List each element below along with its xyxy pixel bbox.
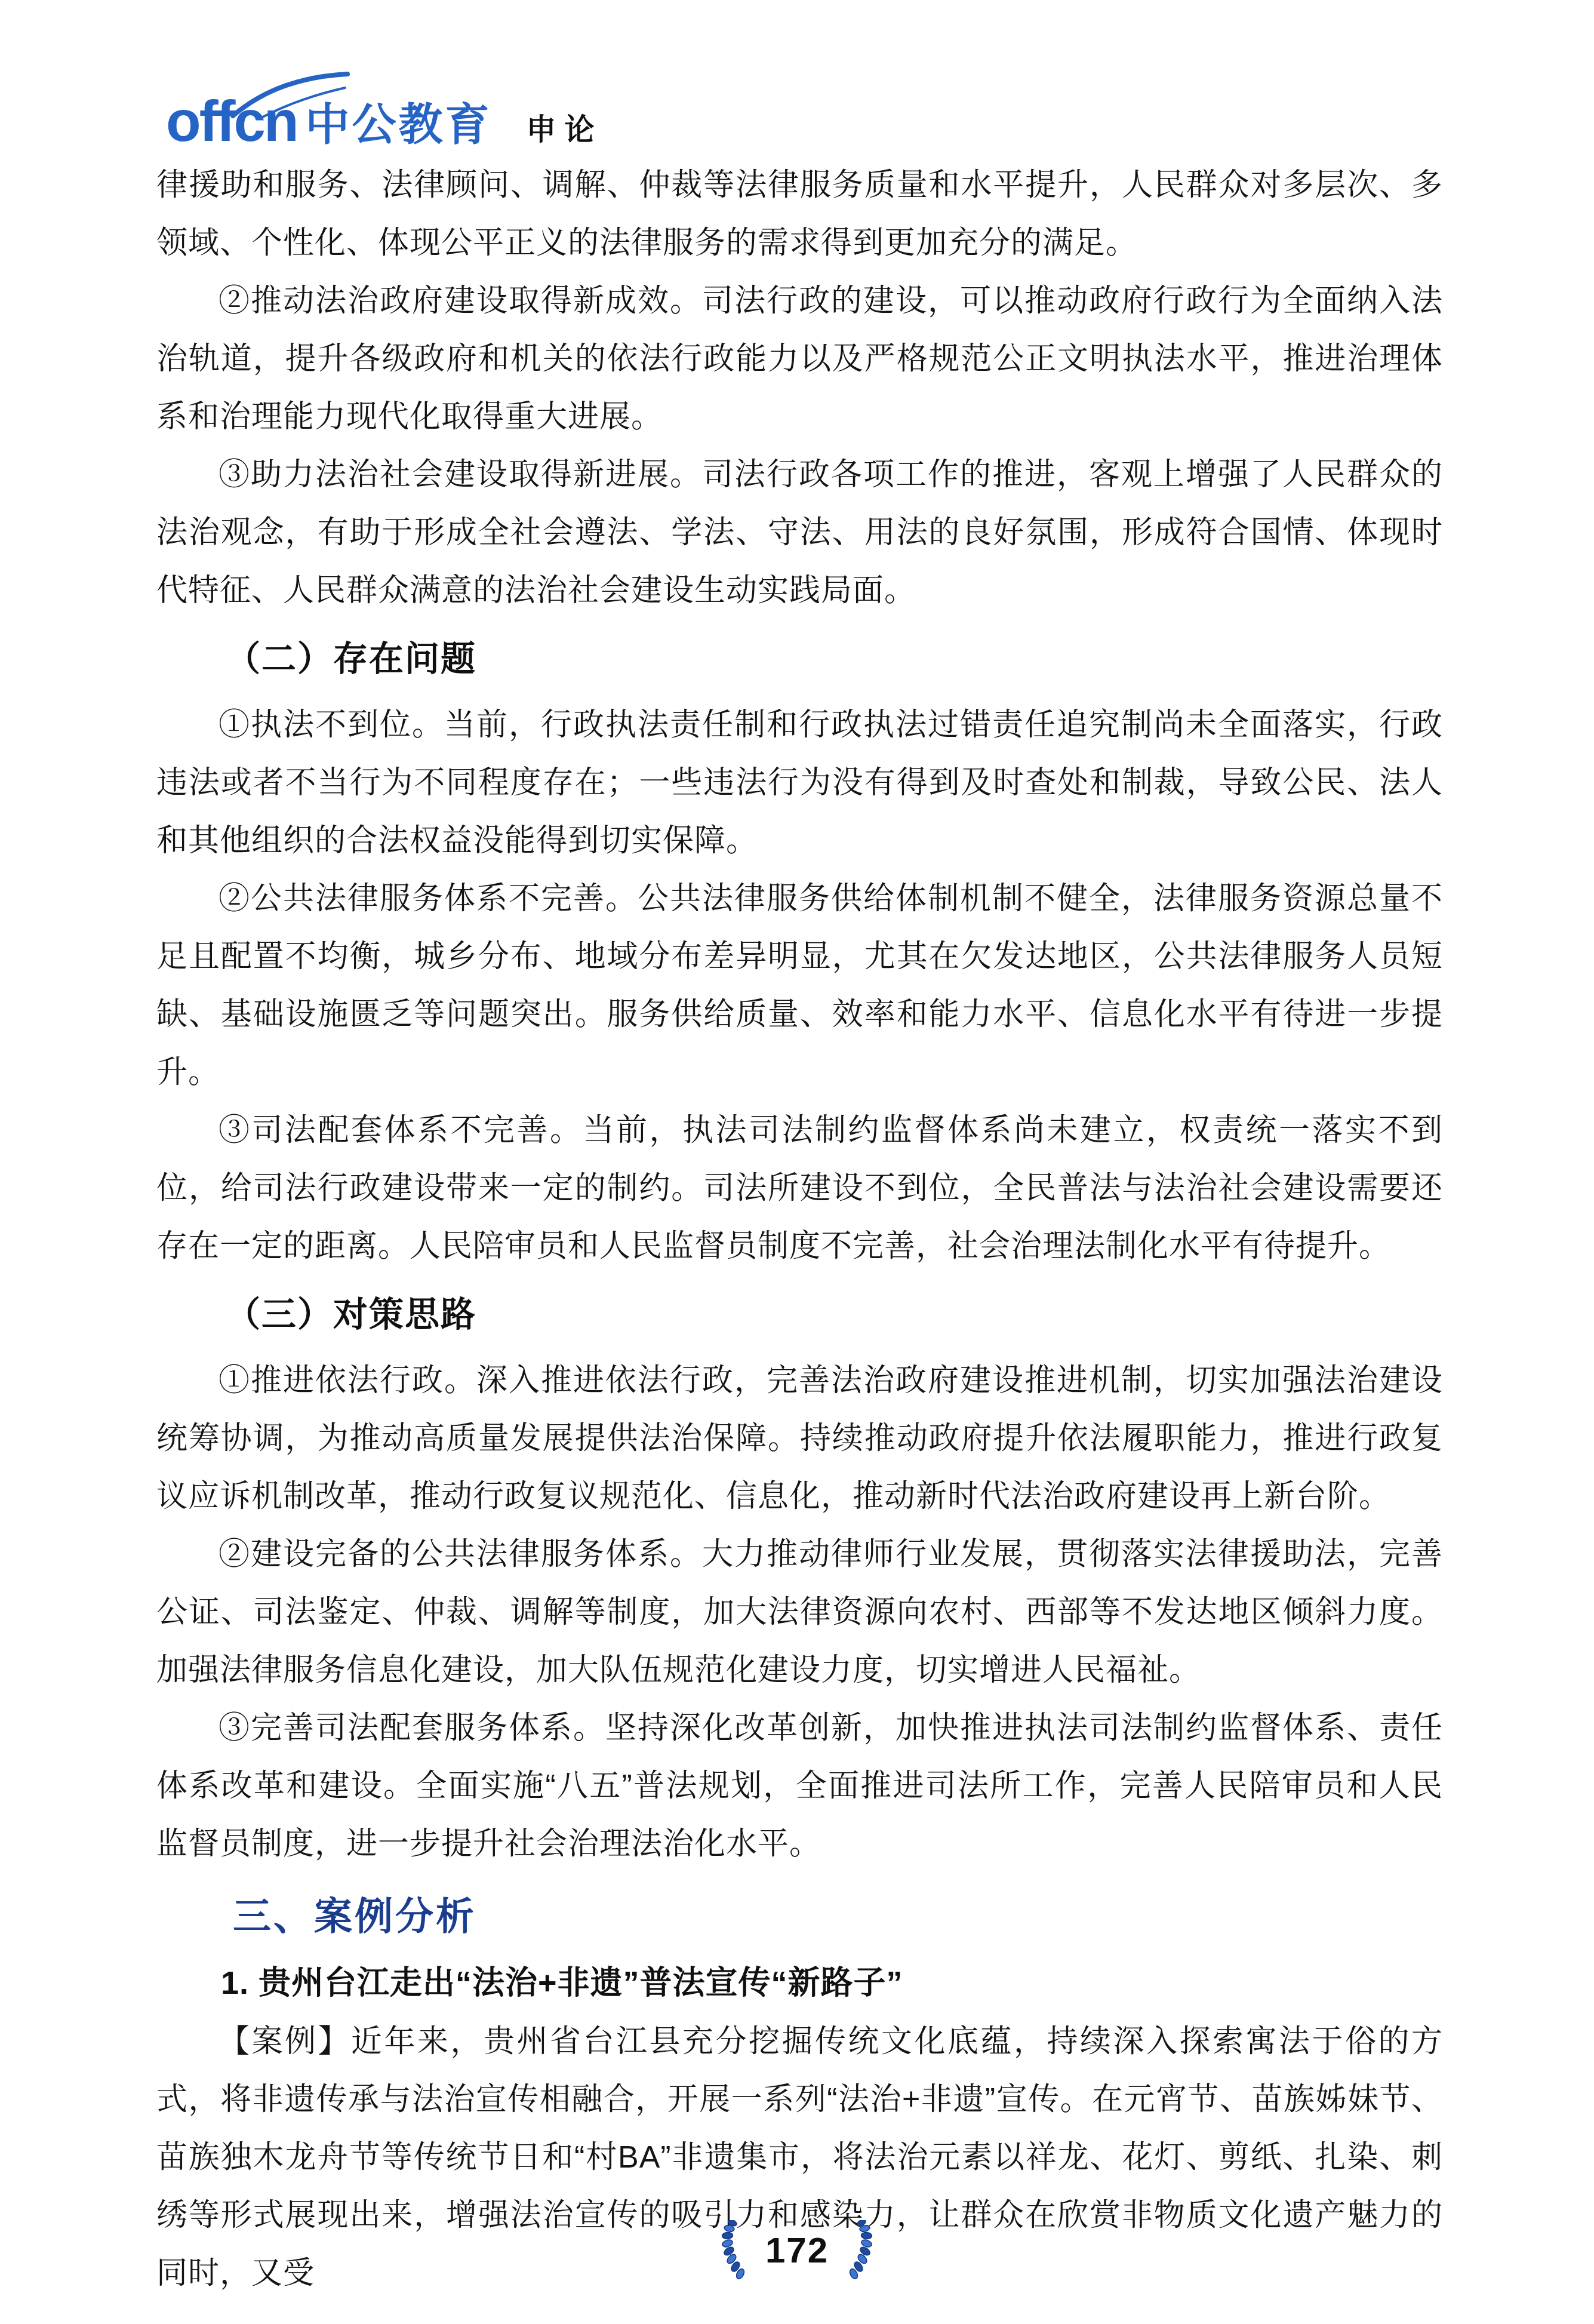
page-header: offcn 中公教育 申论 bbox=[166, 57, 603, 153]
section-heading-solutions: （三）对策思路 bbox=[156, 1285, 1443, 1345]
logo-swoosh-icon bbox=[230, 72, 353, 119]
page-number: 172 bbox=[765, 2230, 829, 2271]
laurel-left-icon bbox=[720, 2220, 747, 2280]
body-paragraph: 律援助和服务、法律顾问、调解、仲裁等法律服务质量和水平提升，人民群众对多层次、多… bbox=[156, 156, 1443, 272]
page-content: 律援助和服务、法律顾问、调解、仲裁等法律服务质量和水平提升，人民群众对多层次、多… bbox=[156, 156, 1443, 2303]
section-heading-problems: （二）存在问题 bbox=[156, 629, 1443, 689]
page-footer: 172 bbox=[0, 2220, 1594, 2280]
case-title: 1. 贵州台江走出“法治+非遗”普法宣传“新路子” bbox=[156, 1953, 1443, 2013]
book-page: offcn 中公教育 申论 律援助和服务、法律顾问、调解、仲裁等法律服务质量和水… bbox=[0, 0, 1594, 2324]
body-paragraph: ②建设完备的公共法律服务体系。大力推动律师行业发展，贯彻落实法律援助法，完善公证… bbox=[156, 1526, 1443, 1699]
body-paragraph: ①执法不到位。当前，行政执法责任制和行政执法过错责任追究制尚未全面落实，行政违法… bbox=[156, 696, 1443, 870]
subject-label: 申论 bbox=[527, 115, 603, 153]
body-paragraph: ①推进依法行政。深入推进依法行政，完善法治政府建设推进机制，切实加强法治建设统筹… bbox=[156, 1352, 1443, 1526]
body-paragraph: ②推动法治政府建设取得新成效。司法行政的建设，可以推动政府行政行为全面纳入法治轨… bbox=[156, 272, 1443, 446]
body-paragraph: ③助力法治社会建设取得新进展。司法行政各项工作的推进，客观上增强了人民群众的法治… bbox=[156, 446, 1443, 620]
body-paragraph: ②公共法律服务体系不完善。公共法律服务供给体制机制不健全，法律服务资源总量不足且… bbox=[156, 870, 1443, 1102]
body-paragraph: ③司法配套体系不完善。当前，执法司法制约监督体系尚未建立，权责统一落实不到位，给… bbox=[156, 1102, 1443, 1275]
laurel-right-icon bbox=[847, 2220, 874, 2280]
chapter-heading-case-analysis: 三、案例分析 bbox=[156, 1883, 1443, 1950]
offcn-logo: offcn 中公教育 bbox=[166, 93, 492, 153]
body-paragraph: ③完善司法配套服务体系。坚持深化改革创新，加快推进执法司法制约监督体系、责任体系… bbox=[156, 1699, 1443, 1873]
